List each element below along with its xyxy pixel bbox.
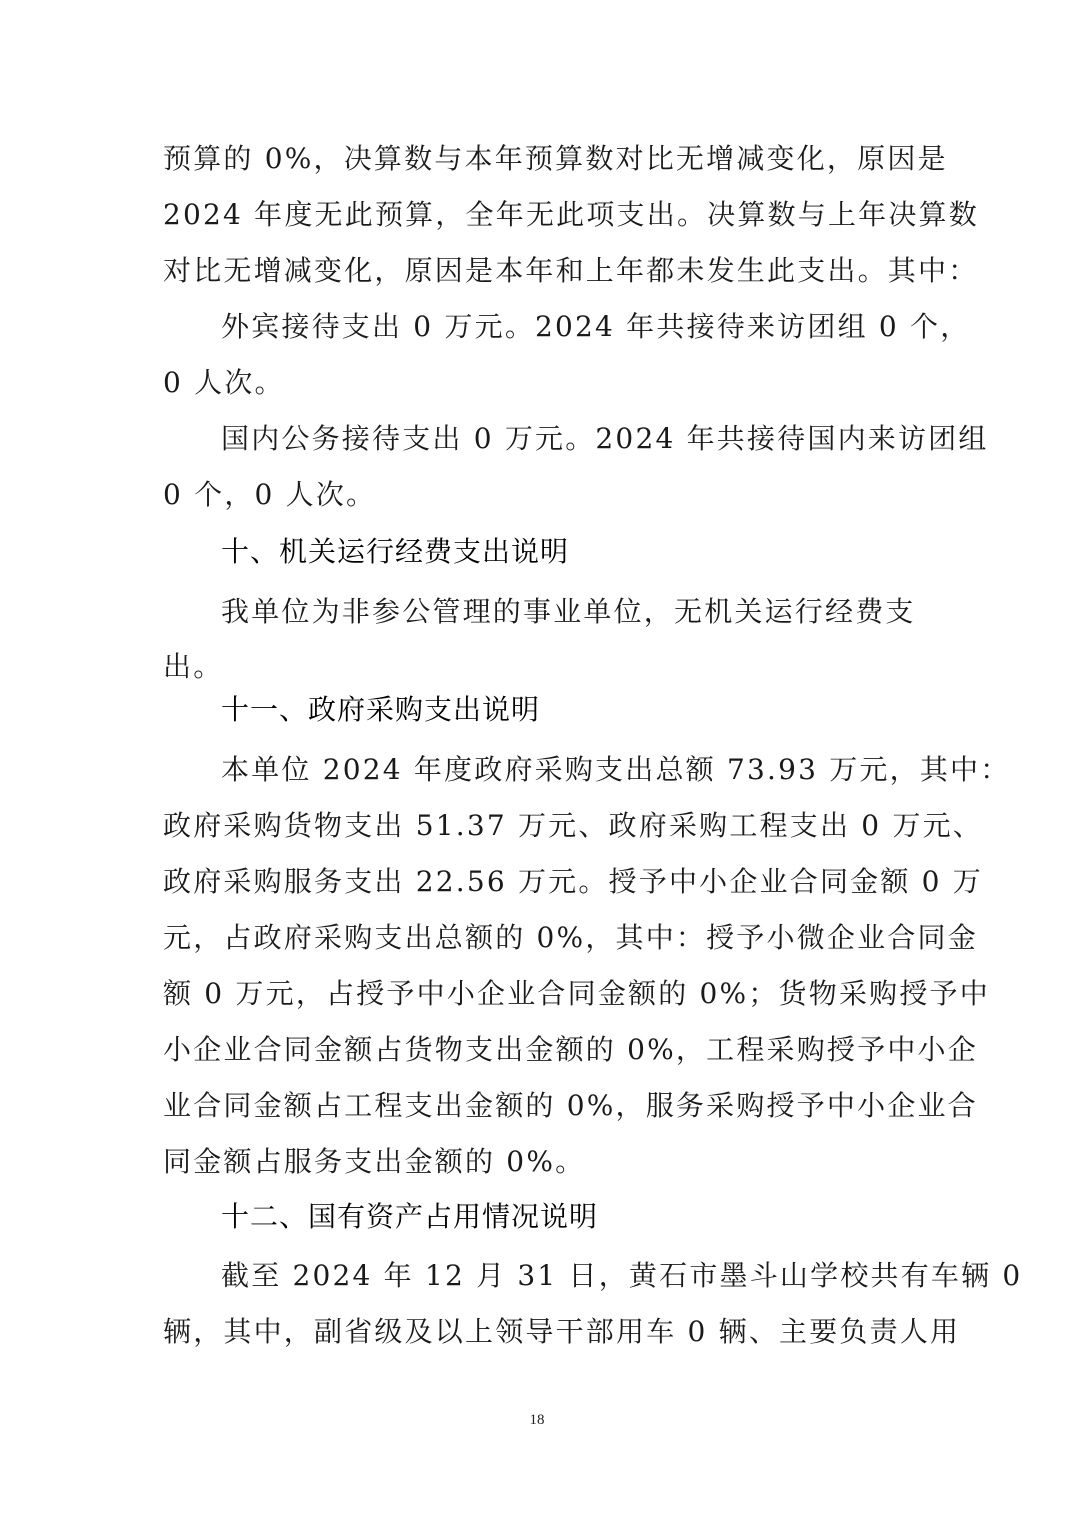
paragraph-line: 对比无增减变化，原因是本年和上年都未发生此支出。其中： xyxy=(163,249,913,293)
paragraph-line: 预算的 0%，决算数与本年预算数对比无增减变化，原因是 xyxy=(163,137,913,181)
paragraph-line: 本单位 2024 年度政府采购支出总额 73.93 万元，其中： xyxy=(221,748,913,792)
paragraph-line: 同金额占服务支出金额的 0%。 xyxy=(163,1140,913,1184)
paragraph-line: 辆，其中，副省级及以上领导干部用车 0 辆、主要负责人用 xyxy=(163,1310,913,1354)
section-heading: 十一、政府采购支出说明 xyxy=(221,688,913,732)
paragraph-line: 额 0 万元，占授予中小企业合同金额的 0%；货物采购授予中 xyxy=(163,972,913,1016)
page-number: 18 xyxy=(0,1410,1074,1430)
paragraph-line: 0 个，0 人次。 xyxy=(163,473,913,517)
paragraph-line: 0 人次。 xyxy=(163,361,913,405)
section-heading: 十二、国有资产占用情况说明 xyxy=(221,1195,913,1239)
section-heading: 十、机关运行经费支出说明 xyxy=(221,530,913,574)
paragraph-line: 小企业合同金额占货物支出金额的 0%，工程采购授予中小企 xyxy=(163,1028,913,1072)
paragraph-line: 外宾接待支出 0 万元。2024 年共接待来访团组 0 个， xyxy=(221,305,913,349)
paragraph-line: 出。 xyxy=(163,645,913,689)
paragraph-line: 国内公务接待支出 0 万元。2024 年共接待国内来访团组 xyxy=(221,417,913,461)
paragraph-line: 元，占政府采购支出总额的 0%，其中：授予小微企业合同金 xyxy=(163,916,913,960)
paragraph-line: 2024 年度无此预算，全年无此项支出。决算数与上年决算数 xyxy=(163,193,913,237)
paragraph-line: 我单位为非参公管理的事业单位，无机关运行经费支 xyxy=(221,590,913,634)
paragraph-line: 政府采购服务支出 22.56 万元。授予中小企业合同金额 0 万 xyxy=(163,860,913,904)
document-page: 预算的 0%，决算数与本年预算数对比无增减变化，原因是2024 年度无此预算，全… xyxy=(0,0,1074,1520)
paragraph-line: 政府采购货物支出 51.37 万元、政府采购工程支出 0 万元、 xyxy=(163,804,913,848)
paragraph-line: 截至 2024 年 12 月 31 日，黄石市墨斗山学校共有车辆 0 xyxy=(221,1254,913,1298)
paragraph-line: 业合同金额占工程支出金额的 0%，服务采购授予中小企业合 xyxy=(163,1084,913,1128)
